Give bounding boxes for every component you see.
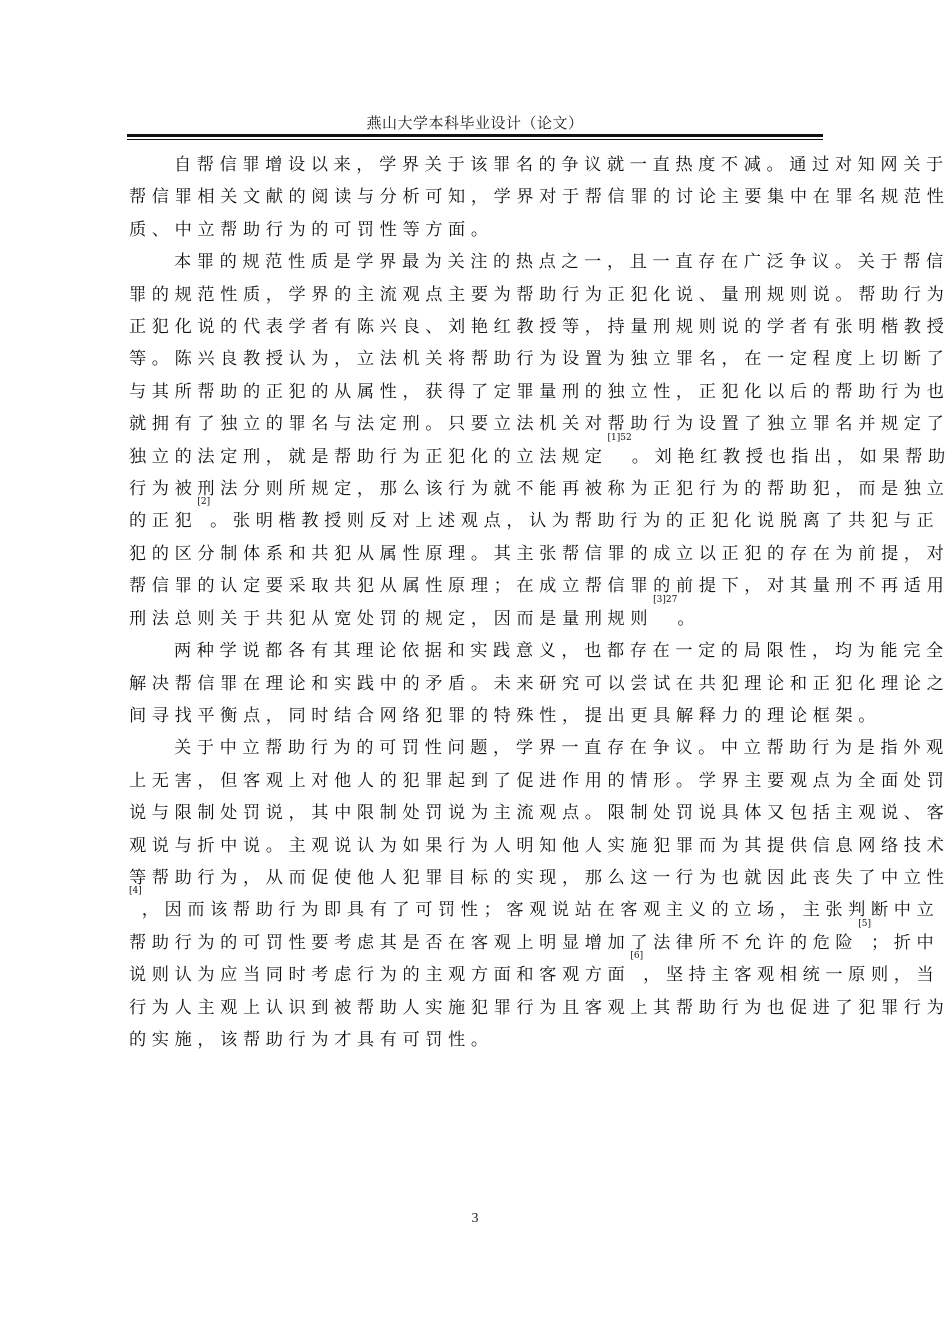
line-text: 帮信罪的认定要采取共犯从属性原理；在成立帮信罪的前提下，对其量刑不再适用 [129, 576, 949, 596]
text-line: 间寻找平衡点，同时结合网络犯罪的特殊性，提出更具解释力的理论框架。 [129, 700, 825, 732]
citation-superscript: [6] [630, 951, 643, 961]
text-line: 的实施，该帮助行为才具有可罚性。 [129, 1024, 825, 1056]
text-line: 的正犯[2]。张明楷教授则反对上述观点，认为帮助行为的正犯化说脱离了共犯与正 [129, 505, 825, 537]
line-text: 行为被刑法分则所规定，那么该行为就不能再被称为正犯行为的帮助犯，而是独立 [129, 479, 949, 499]
line-text-continued: 。 [677, 609, 700, 629]
citation-superscript: [4] [129, 886, 142, 896]
text-line: 上无害，但客观上对他人的犯罪起到了促进作用的情形。学界主要观点为全面处罚 [129, 765, 825, 797]
running-header-title: 燕山大学本科毕业设计（论文） [127, 114, 823, 132]
header-rule-thin [127, 139, 823, 140]
page-number: 3 [0, 1211, 950, 1227]
line-text: 本罪的规范性质是学界最为关注的热点之一，且一直存在广泛争议。关于帮信 [174, 252, 949, 272]
text-line: 帮信罪相关文献的阅读与分析可知，学界对于帮信罪的讨论主要集中在罪名规范性 [129, 181, 825, 213]
paragraph: 本罪的规范性质是学界最为关注的热点之一，且一直存在广泛争议。关于帮信罪的规范性质… [129, 246, 825, 635]
line-text: 等帮助行为，从而促使他人犯罪目标的实现，那么这一行为也就因此丧失了中立性 [129, 868, 949, 888]
text-line: 独立的法定刑，就是帮助行为正犯化的立法规定[1]52。刘艳红教授也指出，如果帮助 [129, 441, 825, 473]
text-line: 帮信罪的认定要采取共犯从属性原理；在成立帮信罪的前提下，对其量刑不再适用 [129, 570, 825, 602]
citation-superscript: [3]27 [653, 595, 677, 605]
line-text: 帮助行为的可罚性要考虑其是否在客观上明显增加了法律所不允许的危险 [129, 933, 858, 953]
text-line: [4]，因而该帮助行为即具有了可罚性；客观说站在客观主义的立场，主张判断中立 [129, 894, 825, 926]
line-text: 就拥有了独立的罪名与法定刑。只要立法机关对帮助行为设置了独立罪名并规定了 [129, 414, 949, 434]
citation-superscript: [2] [197, 497, 210, 507]
line-text: 观说与折中说。主观说认为如果行为人明知他人实施犯罪而为其提供信息网络技术 [129, 836, 949, 856]
line-text-continued: ；折中 [871, 933, 939, 953]
line-text: 质、中立帮助行为的可罚性等方面。 [129, 220, 494, 240]
paragraph: 自帮信罪增设以来，学界关于该罪名的争议就一直热度不减。通过对知网关于帮信罪相关文… [129, 149, 825, 246]
text-line: 罪的规范性质，学界的主流观点主要为帮助行为正犯化说、量刑规则说。帮助行为 [129, 279, 825, 311]
text-line: 自帮信罪增设以来，学界关于该罪名的争议就一直热度不减。通过对知网关于 [129, 149, 825, 181]
header-rule-thick [127, 134, 823, 137]
line-text-continued: 。张明楷教授则反对上述观点，认为帮助行为的正犯化说脱离了共犯与正 [210, 511, 939, 531]
paragraph: 两种学说都各有其理论依据和实践意义，也都存在一定的局限性，均为能完全解决帮信罪在… [129, 635, 825, 732]
text-line: 说与限制处罚说，其中限制处罚说为主流观点。限制处罚说具体又包括主观说、客 [129, 797, 825, 829]
paragraph: 关于中立帮助行为的可罚性问题，学界一直存在争议。中立帮助行为是指外观上无害，但客… [129, 732, 825, 1056]
line-text: 上无害，但客观上对他人的犯罪起到了促进作用的情形。学界主要观点为全面处罚 [129, 771, 949, 791]
text-line: 帮助行为的可罚性要考虑其是否在客观上明显增加了法律所不允许的危险[5]；折中 [129, 927, 825, 959]
line-text: 独立的法定刑，就是帮助行为正犯化的立法规定 [129, 447, 608, 467]
line-text-continued: ，坚持主客观相统一原则，当 [643, 965, 939, 985]
text-line: 与其所帮助的正犯的从属性，获得了定罪量刑的独立性，正犯化以后的帮助行为也 [129, 376, 825, 408]
text-line: 等帮助行为，从而促使他人犯罪目标的实现，那么这一行为也就因此丧失了中立性 [129, 862, 825, 894]
text-line: 说则认为应当同时考虑行为的主观方面和客观方面[6]，坚持主客观相统一原则，当 [129, 959, 825, 991]
line-text: 的实施，该帮助行为才具有可罚性。 [129, 1030, 494, 1050]
line-text: 犯的区分制体系和共犯从属性原理。其主张帮信罪的成立以正犯的存在为前提，对 [129, 544, 949, 564]
citation-superscript: [1]52 [608, 433, 632, 443]
text-line: 犯的区分制体系和共犯从属性原理。其主张帮信罪的成立以正犯的存在为前提，对 [129, 538, 825, 570]
line-text: 行为人主观上认识到被帮助人实施犯罪行为且客观上其帮助行为也促进了犯罪行为 [129, 998, 949, 1018]
line-text: 关于中立帮助行为的可罚性问题，学界一直存在争议。中立帮助行为是指外观 [174, 738, 949, 758]
line-text: 间寻找平衡点，同时结合网络犯罪的特殊性，提出更具解释力的理论框架。 [129, 706, 881, 726]
line-text: 的正犯 [129, 511, 197, 531]
line-text-continued: ，因而该帮助行为即具有了可罚性；客观说站在客观主义的立场，主张判断中立 [142, 900, 940, 920]
line-text: 与其所帮助的正犯的从属性，获得了定罪量刑的独立性，正犯化以后的帮助行为也 [129, 382, 949, 402]
text-line: 两种学说都各有其理论依据和实践意义，也都存在一定的局限性，均为能完全 [129, 635, 825, 667]
line-text: 等。陈兴良教授认为，立法机关将帮助行为设置为独立罪名，在一定程度上切断了 [129, 349, 949, 369]
line-text: 说则认为应当同时考虑行为的主观方面和客观方面 [129, 965, 630, 985]
text-line: 就拥有了独立的罪名与法定刑。只要立法机关对帮助行为设置了独立罪名并规定了 [129, 408, 825, 440]
line-text-continued: 。刘艳红教授也指出，如果帮助 [632, 447, 950, 467]
line-text: 帮信罪相关文献的阅读与分析可知，学界对于帮信罪的讨论主要集中在罪名规范性 [129, 187, 949, 207]
citation-superscript: [5] [858, 919, 871, 929]
text-line: 解决帮信罪在理论和实践中的矛盾。未来研究可以尝试在共犯理论和正犯化理论之 [129, 668, 825, 700]
text-line: 质、中立帮助行为的可罚性等方面。 [129, 214, 825, 246]
line-text: 刑法总则关于共犯从宽处罚的规定，因而是量刑规则 [129, 609, 653, 629]
text-line: 观说与折中说。主观说认为如果行为人明知他人实施犯罪而为其提供信息网络技术 [129, 830, 825, 862]
line-text: 两种学说都各有其理论依据和实践意义，也都存在一定的局限性，均为能完全 [174, 641, 949, 661]
text-line: 等。陈兴良教授认为，立法机关将帮助行为设置为独立罪名，在一定程度上切断了 [129, 343, 825, 375]
document-page: 燕山大学本科毕业设计（论文） 自帮信罪增设以来，学界关于该罪名的争议就一直热度不… [0, 0, 950, 1344]
text-line: 关于中立帮助行为的可罚性问题，学界一直存在争议。中立帮助行为是指外观 [129, 732, 825, 764]
text-line: 行为被刑法分则所规定，那么该行为就不能再被称为正犯行为的帮助犯，而是独立 [129, 473, 825, 505]
text-line: 本罪的规范性质是学界最为关注的热点之一，且一直存在广泛争议。关于帮信 [129, 246, 825, 278]
text-line: 行为人主观上认识到被帮助人实施犯罪行为且客观上其帮助行为也促进了犯罪行为 [129, 992, 825, 1024]
line-text: 自帮信罪增设以来，学界关于该罪名的争议就一直热度不减。通过对知网关于 [174, 155, 949, 175]
line-text: 罪的规范性质，学界的主流观点主要为帮助行为正犯化说、量刑规则说。帮助行为 [129, 285, 949, 305]
line-text: 解决帮信罪在理论和实践中的矛盾。未来研究可以尝试在共犯理论和正犯化理论之 [129, 674, 949, 694]
text-line: 正犯化说的代表学者有陈兴良、刘艳红教授等，持量刑规则说的学者有张明楷教授 [129, 311, 825, 343]
text-line: 刑法总则关于共犯从宽处罚的规定，因而是量刑规则[3]27。 [129, 603, 825, 635]
body-text: 自帮信罪增设以来，学界关于该罪名的争议就一直热度不减。通过对知网关于帮信罪相关文… [129, 149, 825, 1056]
line-text: 正犯化说的代表学者有陈兴良、刘艳红教授等，持量刑规则说的学者有张明楷教授 [129, 317, 949, 337]
line-text: 说与限制处罚说，其中限制处罚说为主流观点。限制处罚说具体又包括主观说、客 [129, 803, 949, 823]
